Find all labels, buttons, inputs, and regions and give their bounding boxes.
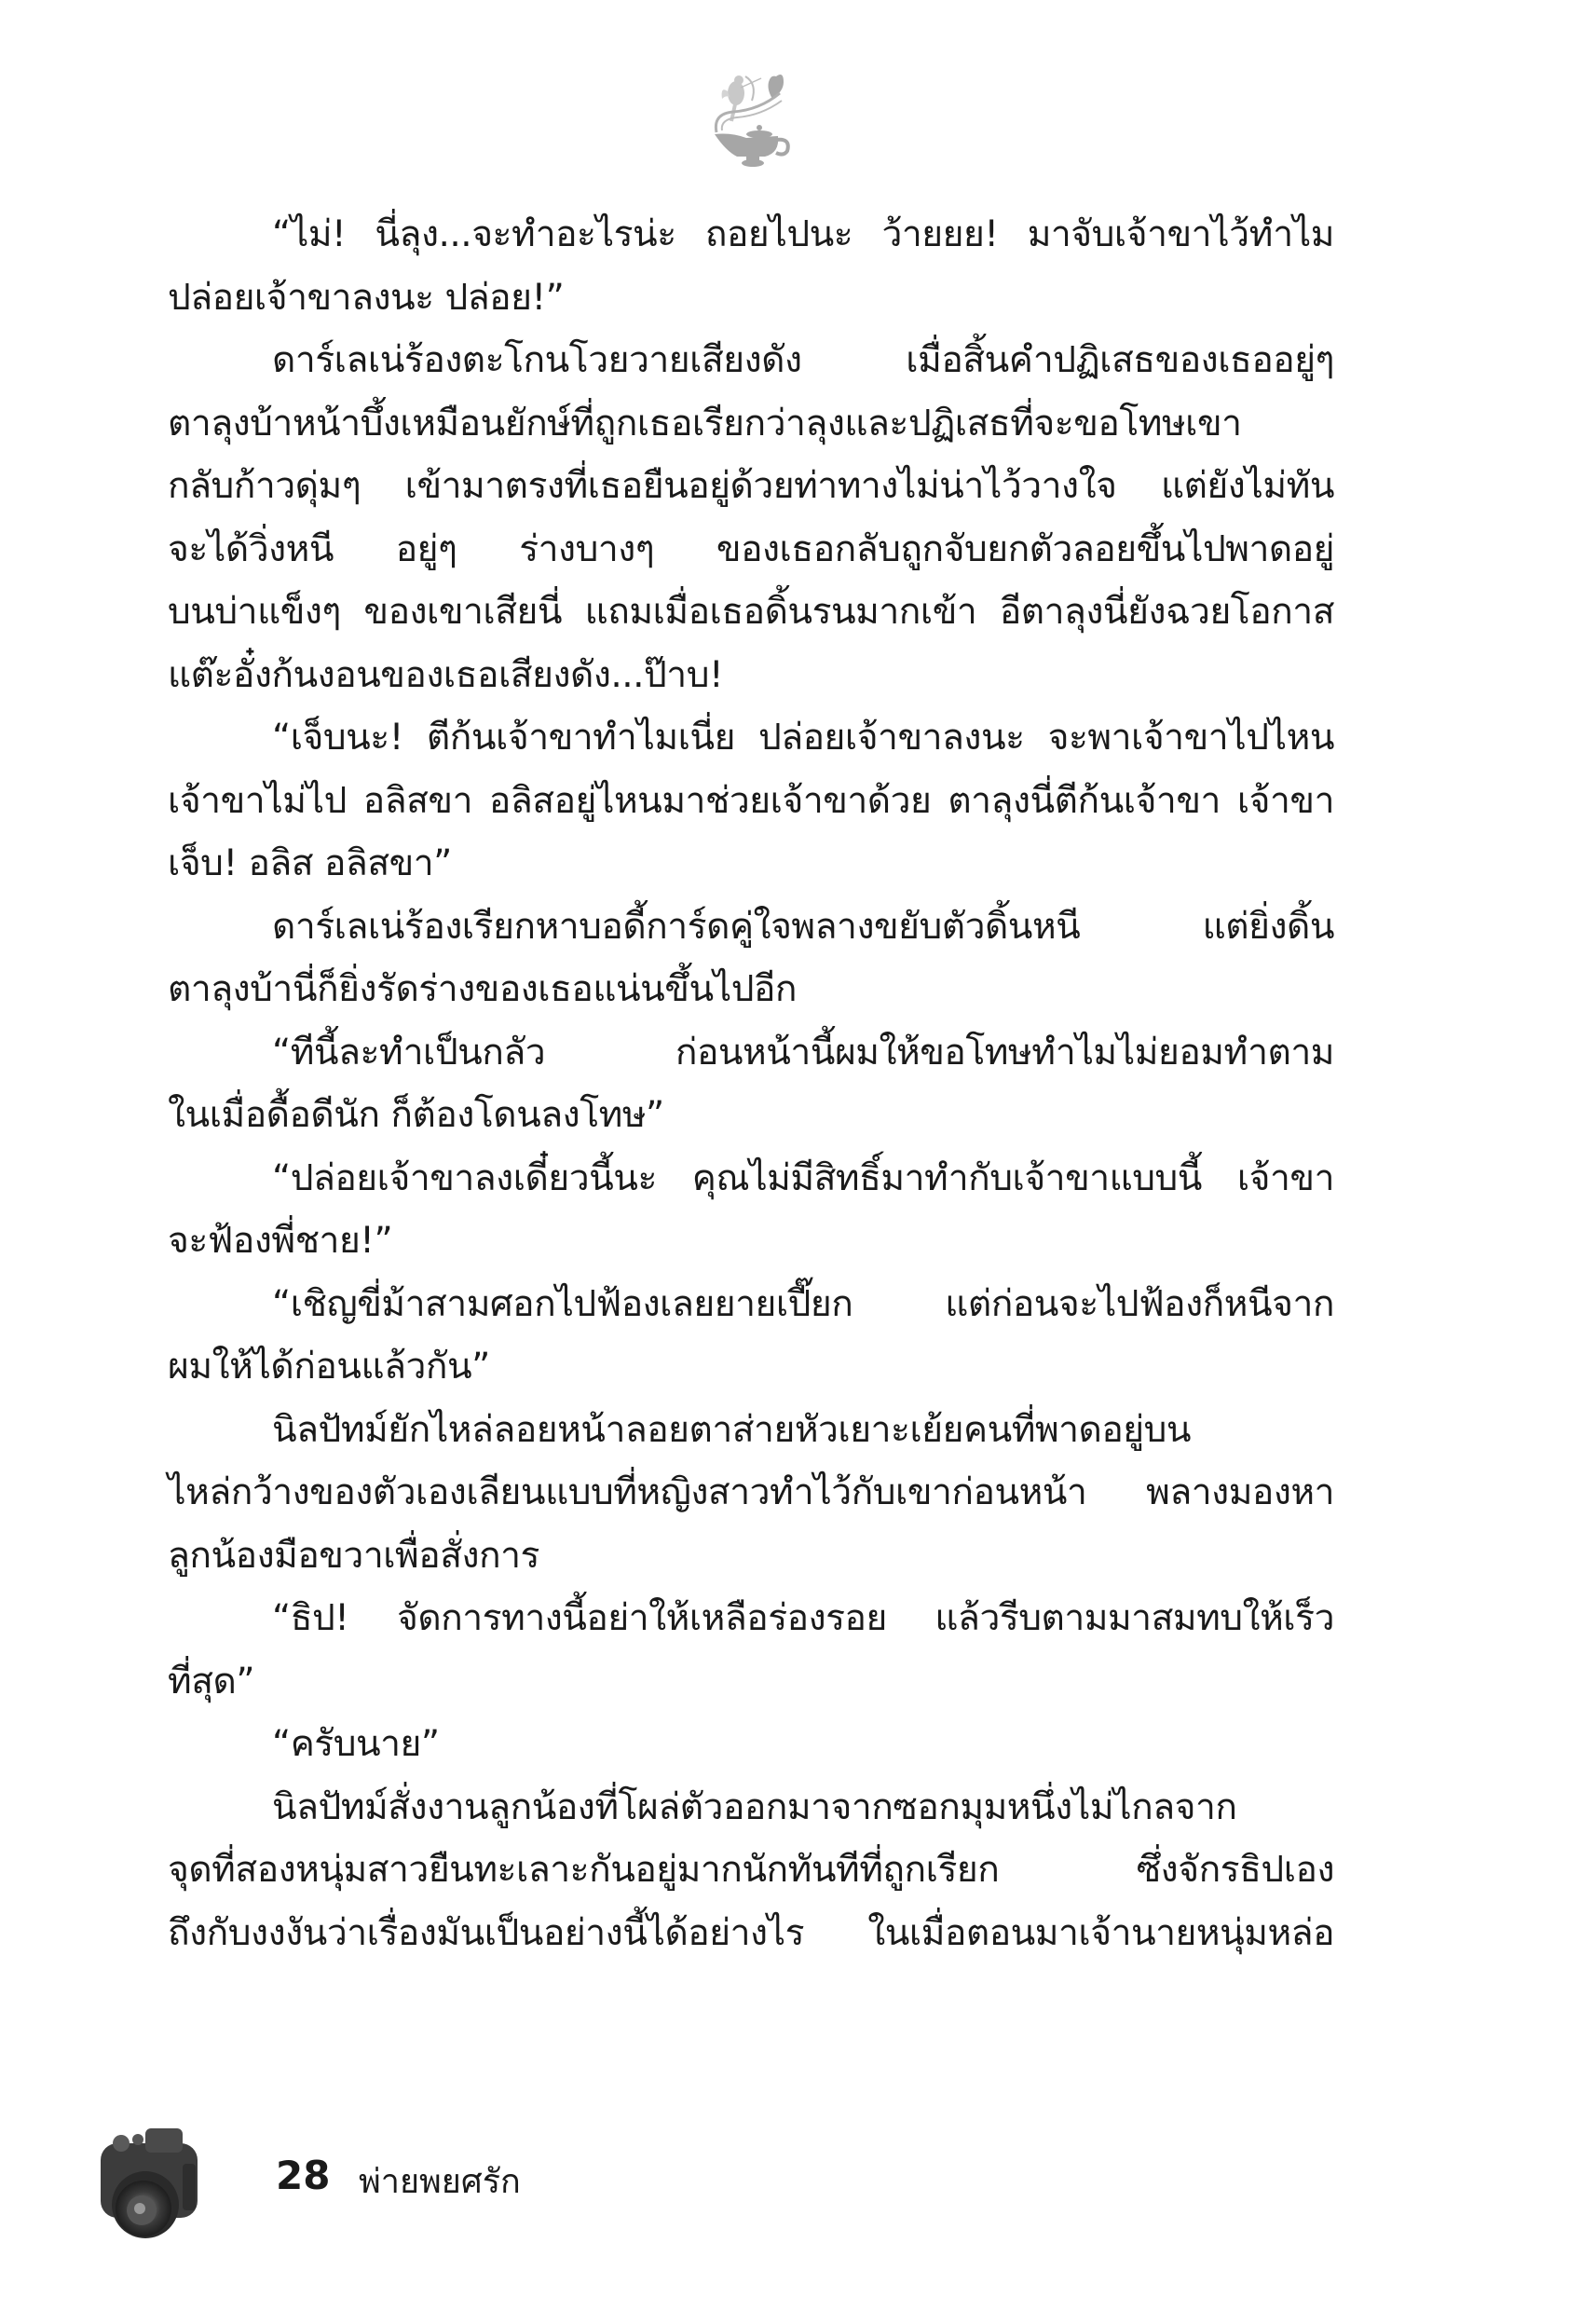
magic-lamp-cupid-icon [694, 65, 797, 168]
text-line: จะได้วิ่งหนี อยู่ๆ ร่างบางๆ ของเธอกลับถู… [168, 518, 1334, 581]
text-line: ดาร์เลเน่ร้องตะโกนโวยวายเสียงดัง เมื่อสิ… [168, 329, 1334, 392]
text-line: นิลปัทม์สั่งงานลูกน้องที่โผล่ตัวออกมาจาก… [168, 1776, 1334, 1839]
camera-icon [93, 2115, 205, 2246]
text-line: “ปล่อยเจ้าขาลงเดี๋ยวนี้นะ คุณไม่มีสิทธิ์… [168, 1147, 1334, 1210]
text-line: จุดที่สองหนุ่มสาวยืนทะเลาะกันอยู่มากนักท… [168, 1839, 1334, 1902]
text-line: เจ็บ! อลิส อลิสขา” [168, 832, 1334, 896]
text-line: “เจ็บนะ! ตีก้นเจ้าขาทำไมเนี่ย ปล่อยเจ้าข… [168, 706, 1334, 770]
text-line: แต๊ะอั๋งก้นงอนของเธอเสียงดัง...ป๊าบ! [168, 644, 1334, 707]
book-page: “ไม่! นี่ลุง...จะทำอะไรน่ะ ถอยไปนะ ว้ายย… [0, 0, 1596, 2311]
text-line: ถึงกับงงงันว่าเรื่องมันเป็นอย่างนี้ได้อย… [168, 1902, 1334, 1965]
text-line: เจ้าขาไม่ไป อลิสขา อลิสอยู่ไหนมาช่วยเจ้า… [168, 770, 1334, 833]
text-line: กลับก้าวดุ่มๆ เข้ามาตรงที่เธอยืนอยู่ด้วย… [168, 455, 1334, 518]
text-line: ลูกน้องมือขวาเพื่อสั่งการ [168, 1525, 1334, 1588]
text-line: จะฟ้องพี่ชาย!” [168, 1210, 1334, 1273]
text-line: บนบ่าแข็งๆ ของเขาเสียนี่ แถมเมื่อเธอดิ้น… [168, 581, 1334, 644]
text-line: ไหล่กว้างของตัวเองเลียนแบบที่หญิงสาวทำไว… [168, 1461, 1334, 1525]
body-text: “ไม่! นี่ลุง...จะทำอะไรน่ะ ถอยไปนะ ว้ายย… [168, 203, 1334, 1964]
text-line: “ธิป! จัดการทางนี้อย่าให้เหลือร่องรอย แล… [168, 1587, 1334, 1650]
text-line: ที่สุด” [168, 1650, 1334, 1714]
text-line: ผมให้ได้ก่อนแล้วกัน” [168, 1335, 1334, 1399]
text-line: “ครับนาย” [168, 1713, 1334, 1776]
page-footer: 28 พ่ายพยศรัก [93, 2115, 652, 2246]
book-title: พ่ายพยศรัก [359, 2154, 521, 2208]
text-line: ตาลุงบ้านี่ก็ยิ่งรัดร่างของเธอแน่นขึ้นไป… [168, 958, 1334, 1021]
text-line: ตาลุงบ้าหน้าบึ้งเหมือนยักษ์ที่ถูกเธอเรีย… [168, 392, 1334, 456]
text-line: ดาร์เลเน่ร้องเรียกหาบอดี้การ์ดคู่ใจพลางข… [168, 896, 1334, 959]
text-line: “เชิญขี่ม้าสามศอกไปฟ้องเลยยายเปี๊ยก แต่ก… [168, 1273, 1334, 1336]
text-line: “ไม่! นี่ลุง...จะทำอะไรน่ะ ถอยไปนะ ว้ายย… [168, 203, 1334, 267]
text-line: “ทีนี้ละทำเป็นกลัว ก่อนหน้านี้ผมให้ขอโทษ… [168, 1021, 1334, 1085]
page-number: 28 [276, 2153, 330, 2198]
text-line: นิลปัทม์ยักไหล่ลอยหน้าลอยตาส่ายหัวเยาะเย… [168, 1399, 1334, 1462]
text-line: ในเมื่อดื้อดีนัก ก็ต้องโดนลงโทษ” [168, 1084, 1334, 1147]
text-line: ปล่อยเจ้าขาลงนะ ปล่อย!” [168, 267, 1334, 330]
